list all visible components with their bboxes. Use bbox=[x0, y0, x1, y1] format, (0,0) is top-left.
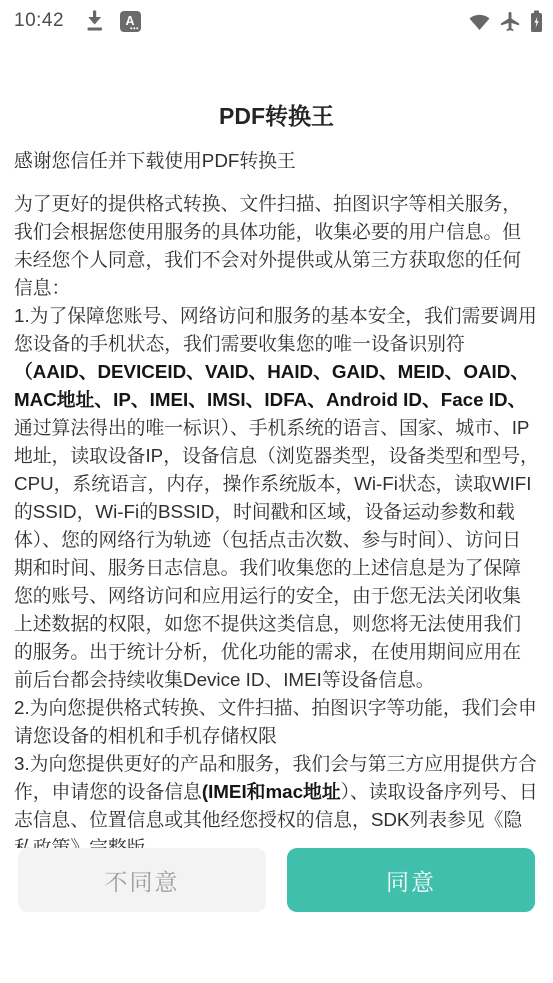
disagree-button[interactable]: 不同意 bbox=[18, 848, 266, 912]
body-segment-imei-mac: (IMEI和mac地址 bbox=[202, 781, 341, 802]
button-row: 不同意 同意 bbox=[0, 848, 553, 912]
button-footer: 不同意 同意 bbox=[0, 848, 553, 983]
download-icon bbox=[83, 8, 106, 34]
wifi-icon bbox=[468, 12, 491, 31]
a-badge-icon: A bbox=[119, 10, 142, 33]
svg-text:A: A bbox=[126, 14, 135, 28]
airplane-mode-icon bbox=[499, 10, 522, 33]
body-segment: 为了更好的提供格式转换、文件扫描、拍图识字等相关服务，我们会根据您使用服务的具体… bbox=[14, 193, 537, 354]
intro-text: 感谢您信任并下载使用PDF转换王 bbox=[14, 147, 539, 175]
body-segment-device-ids: （AAID、DEVICEID、VAID、HAID、GAID、MEID、OAID、… bbox=[14, 361, 529, 410]
app-screen: 10:42 A bbox=[0, 0, 553, 983]
battery-charging-icon bbox=[530, 9, 543, 33]
agree-button[interactable]: 同意 bbox=[287, 848, 535, 912]
privacy-policy-text: 为了更好的提供格式转换、文件扫描、拍图识字等相关服务，我们会根据您使用服务的具体… bbox=[14, 190, 539, 852]
clock: 10:42 bbox=[14, 10, 64, 32]
body-segment: 通过算法得出的唯一标识）、手机系统的语言、国家、城市、IP地址，读取设备IP，设… bbox=[14, 417, 539, 802]
status-bar: 10:42 A bbox=[0, 0, 553, 38]
page-title: PDF转换王 bbox=[0, 98, 553, 131]
privacy-policy-scroll-area[interactable]: 感谢您信任并下载使用PDF转换王 为了更好的提供格式转换、文件扫描、拍图识字等相… bbox=[14, 147, 539, 852]
